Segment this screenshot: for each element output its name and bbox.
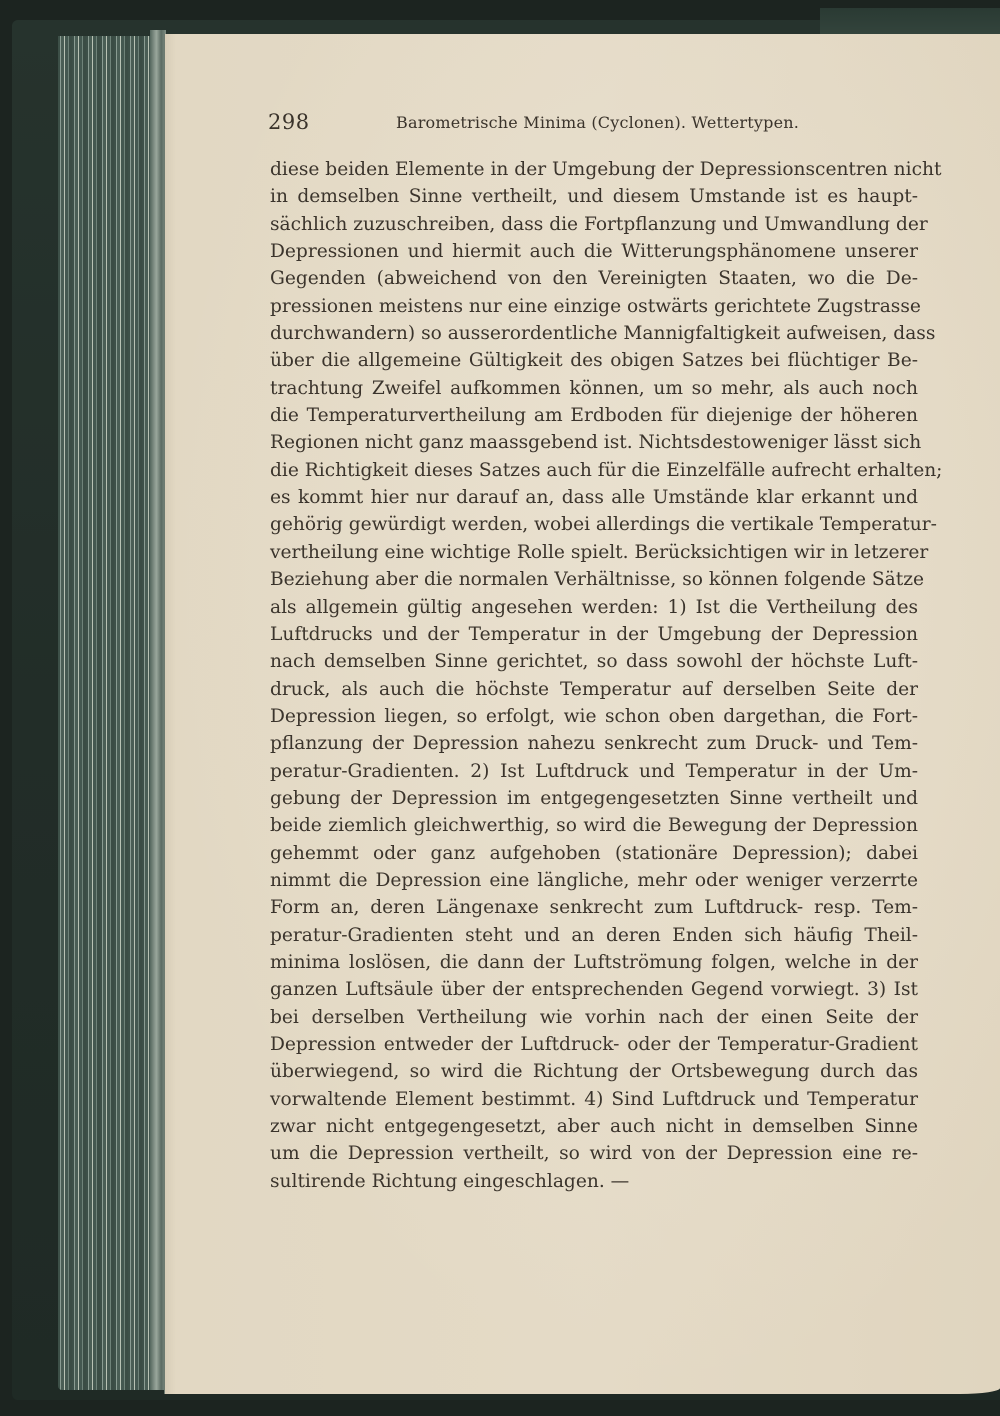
text-line: nach demselben Sinne gerichtet, so dass … [270, 648, 918, 675]
text-line: zwar nicht entgegengesetzt, aber auch ni… [270, 1113, 918, 1140]
text-line: diese beiden Elemente in der Umgebung de… [270, 156, 918, 183]
text-line: vorwaltende Element bestimmt. 4) Sind Lu… [270, 1086, 918, 1113]
text-line: minima loslösen, die dann der Luftströmu… [270, 949, 918, 976]
text-line: ganzen Luftsäule über der entsprechenden… [270, 976, 918, 1003]
text-line-last: sultirende Richtung eingeschlagen. — [270, 1168, 918, 1195]
text-line: gehemmt oder ganz aufgehoben (stationäre… [270, 840, 918, 867]
text-line: Beziehung aber die normalen Verhältnisse… [270, 566, 918, 593]
body-paragraph: diese beiden Elemente in der Umgebung de… [270, 156, 918, 1195]
text-line: es kommt hier nur darauf an, dass alle U… [270, 484, 918, 511]
text-line: um die Depression vertheilt, so wird von… [270, 1140, 918, 1167]
page-edges-stack [58, 36, 162, 1390]
text-line: als allgemein gültig angesehen werden: 1… [270, 594, 918, 621]
text-line: über die allgemeine Gültigkeit des obige… [270, 347, 918, 374]
text-line: die Temperaturvertheilung am Erdboden fü… [270, 402, 918, 429]
text-line: druck, als auch die höchste Temperatur a… [270, 676, 918, 703]
text-line: gehörig gewürdigt werden, wobei allerdin… [270, 511, 918, 538]
text-line: peratur-Gradienten steht und an deren En… [270, 922, 918, 949]
text-line: Luftdrucks und der Temperatur in der Umg… [270, 621, 918, 648]
text-line: Depression entweder der Luftdruck- oder … [270, 1031, 918, 1058]
text-line: bei derselben Vertheilung wie vorhin nac… [270, 1004, 918, 1031]
running-head: 298 Barometrische Minima (Cyclonen). Wet… [268, 110, 918, 140]
text-line: pressionen meistens nur eine einzige ost… [270, 293, 918, 320]
page-gutter-line [164, 34, 165, 1394]
text-line: überwiegend, so wird die Richtung der Or… [270, 1058, 918, 1085]
text-line: nimmt die Depression eine längliche, meh… [270, 867, 918, 894]
text-line: sächlich zuzuschreiben, dass die Fortpfl… [270, 211, 918, 238]
page-number: 298 [268, 110, 310, 134]
text-line: Depression liegen, so erfolgt, wie schon… [270, 703, 918, 730]
text-line: Regionen nicht ganz maassgebend ist. Nic… [270, 429, 918, 456]
text-line: beide ziemlich gleichwerthig, so wird di… [270, 812, 918, 839]
text-line: durchwandern) so ausserordentliche Manni… [270, 320, 918, 347]
text-line: Gegenden (abweichend von den Vereinigten… [270, 265, 918, 292]
cover-top-strip [820, 8, 1000, 34]
book-scan: 298 Barometrische Minima (Cyclonen). Wet… [0, 0, 1000, 1416]
text-line: gebung der Depression im entgegengesetzt… [270, 785, 918, 812]
text-line: trachtung Zweifel aufkommen können, um s… [270, 375, 918, 402]
text-line: die Richtigkeit dieses Satzes auch für d… [270, 457, 918, 484]
text-line: Form an, deren Längenaxe senkrecht zum L… [270, 894, 918, 921]
text-line: in demselben Sinne vertheilt, und diesem… [270, 183, 918, 210]
text-line: peratur-Gradienten. 2) Ist Luftdruck und… [270, 758, 918, 785]
running-head-title: Barometrische Minima (Cyclonen). Wettert… [396, 113, 799, 132]
text-line: vertheilung eine wichtige Rolle spielt. … [270, 539, 918, 566]
text-line: Depressionen und hiermit auch die Witter… [270, 238, 918, 265]
text-line: pflanzung der Depression nahezu senkrech… [270, 730, 918, 757]
